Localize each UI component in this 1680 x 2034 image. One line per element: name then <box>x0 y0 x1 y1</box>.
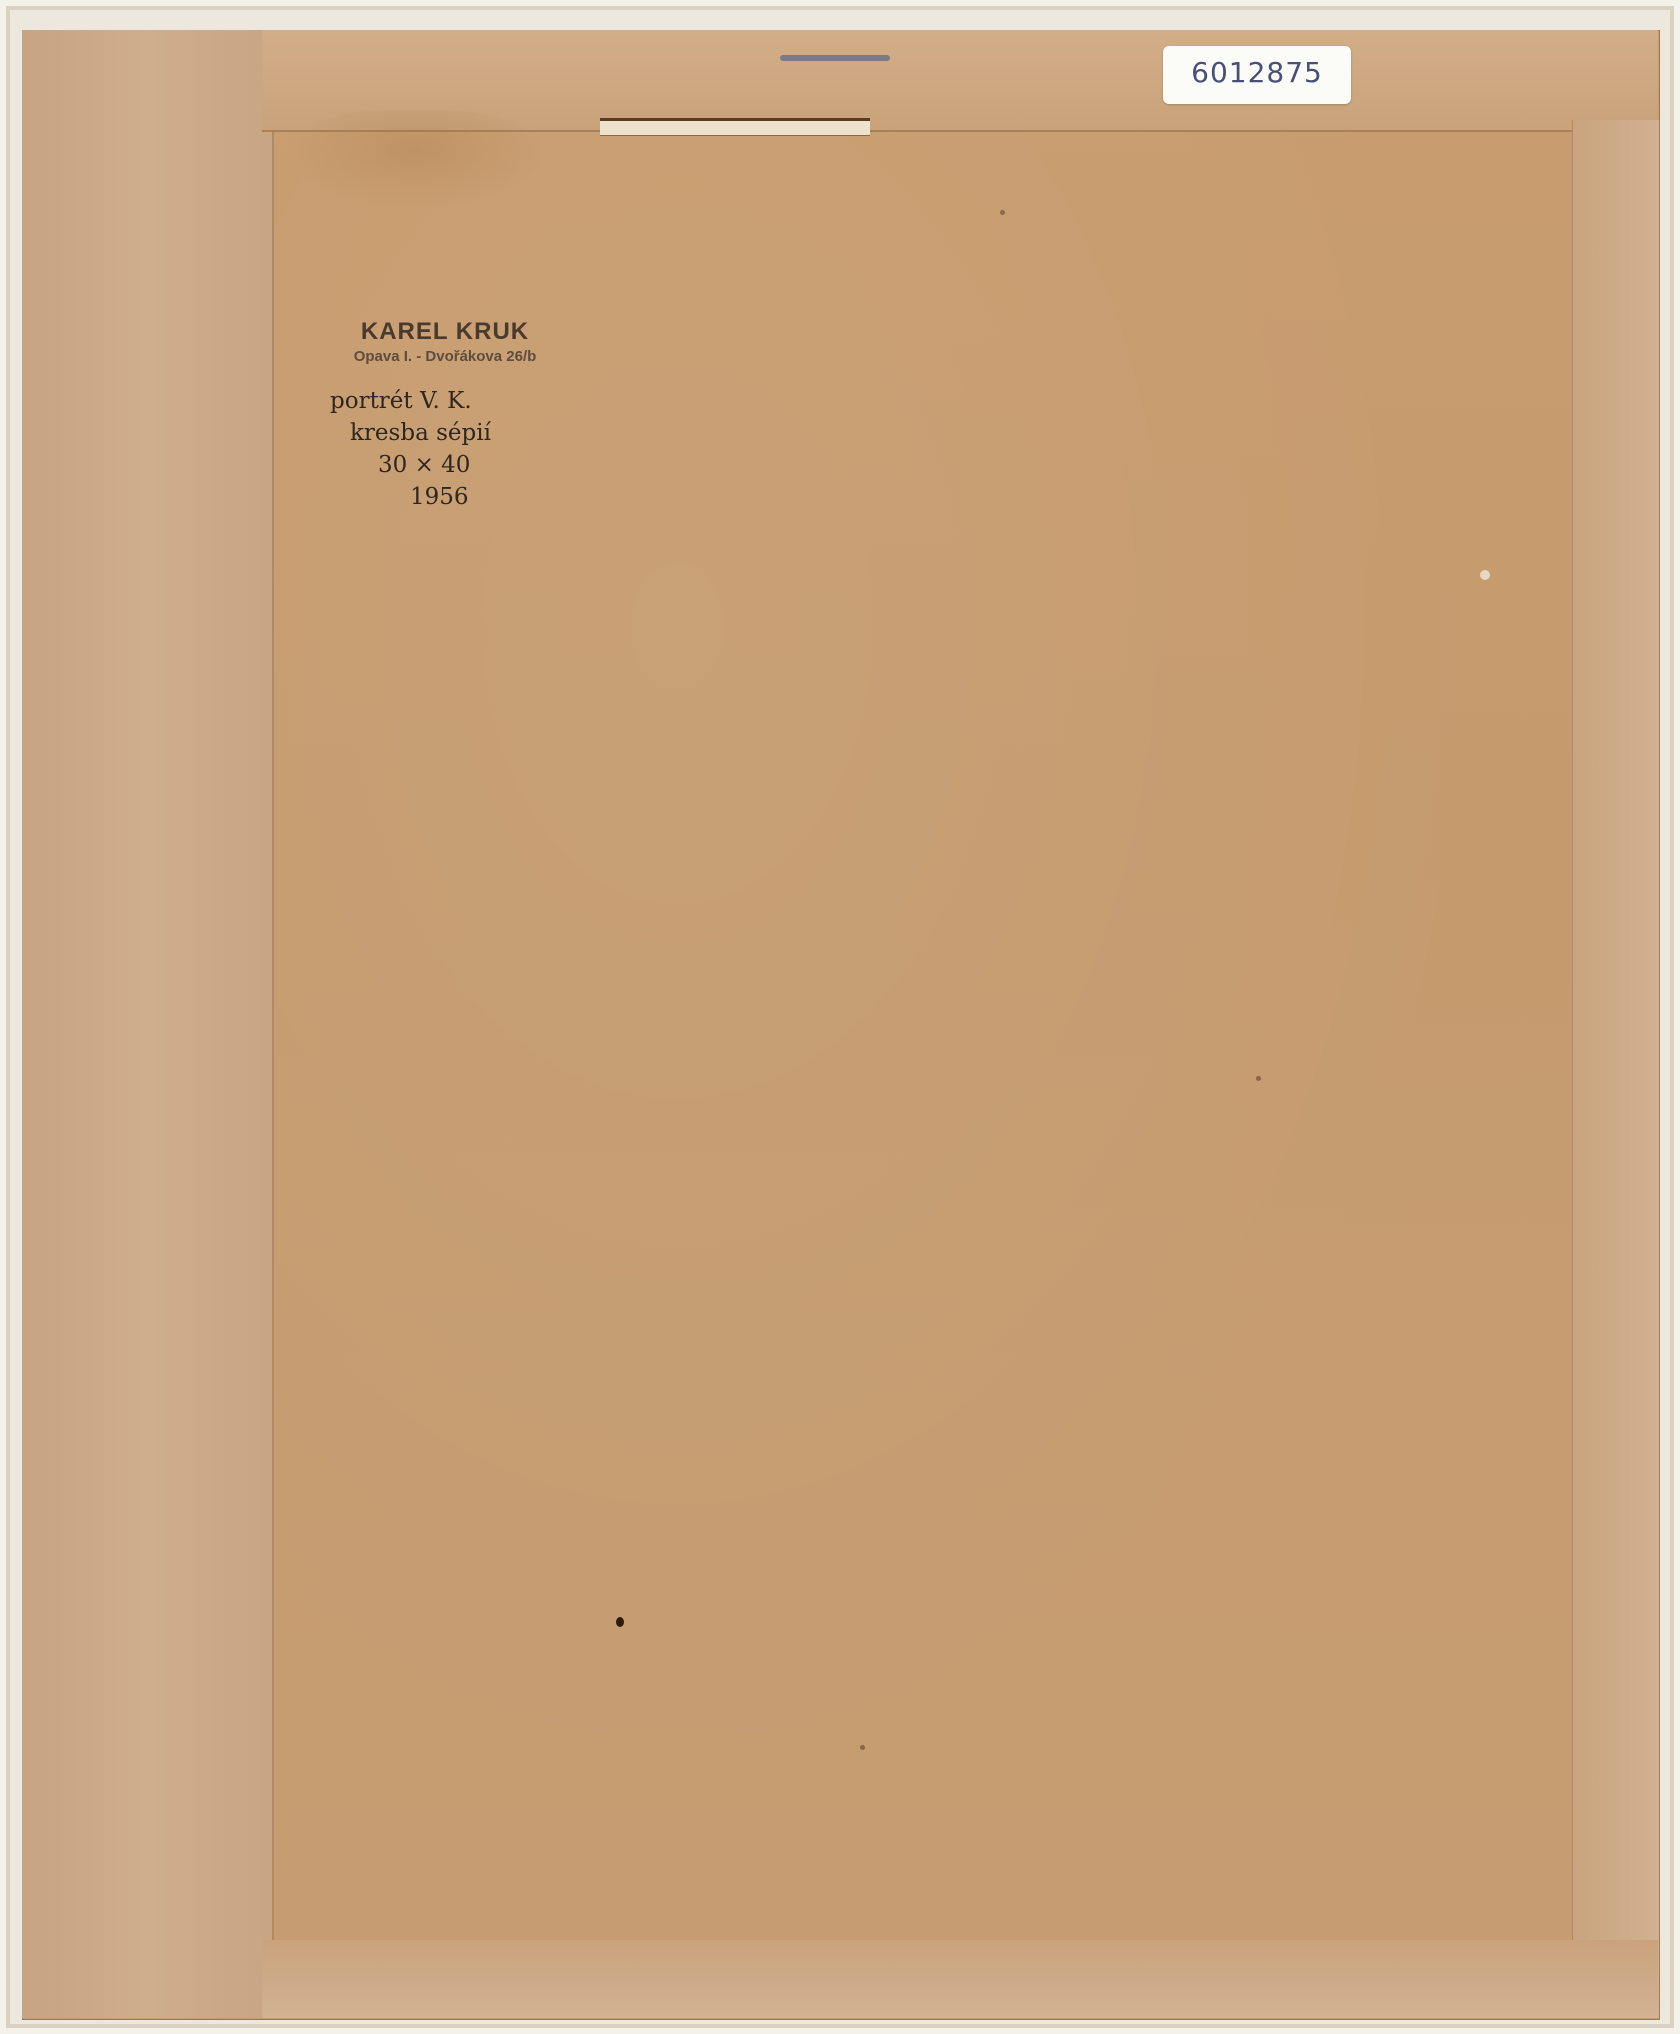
note-dimensions: 30 × 40 <box>378 449 590 481</box>
artist-stamp: KAREL KRUK Opava I. - Dvořákova 26/b <box>300 318 590 365</box>
speck <box>1000 210 1005 215</box>
speck <box>860 1745 865 1750</box>
paper-tape-bottom <box>262 1940 1658 2018</box>
torn-tape-strip <box>600 118 870 136</box>
paper-tape-left <box>22 30 274 2018</box>
inventory-label: 6012875 <box>1163 46 1351 104</box>
paper-tape-right <box>1572 120 1659 2018</box>
speck <box>1480 570 1490 580</box>
stamp-address: Opava I. - Dvořákova 26/b <box>300 348 590 365</box>
stamp-artist-name: KAREL KRUK <box>300 318 590 346</box>
inventory-number: 6012875 <box>1163 56 1351 89</box>
note-year: 1956 <box>410 481 590 513</box>
water-stain <box>285 110 545 210</box>
speck <box>616 1617 624 1627</box>
note-medium: kresba sépií <box>350 417 590 449</box>
speck <box>1256 1076 1261 1081</box>
handwritten-notes: portrét V. K. kresba sépií 30 × 40 1956 <box>330 385 590 513</box>
hanging-hook <box>780 55 890 61</box>
note-title: portrét V. K. <box>330 385 590 417</box>
